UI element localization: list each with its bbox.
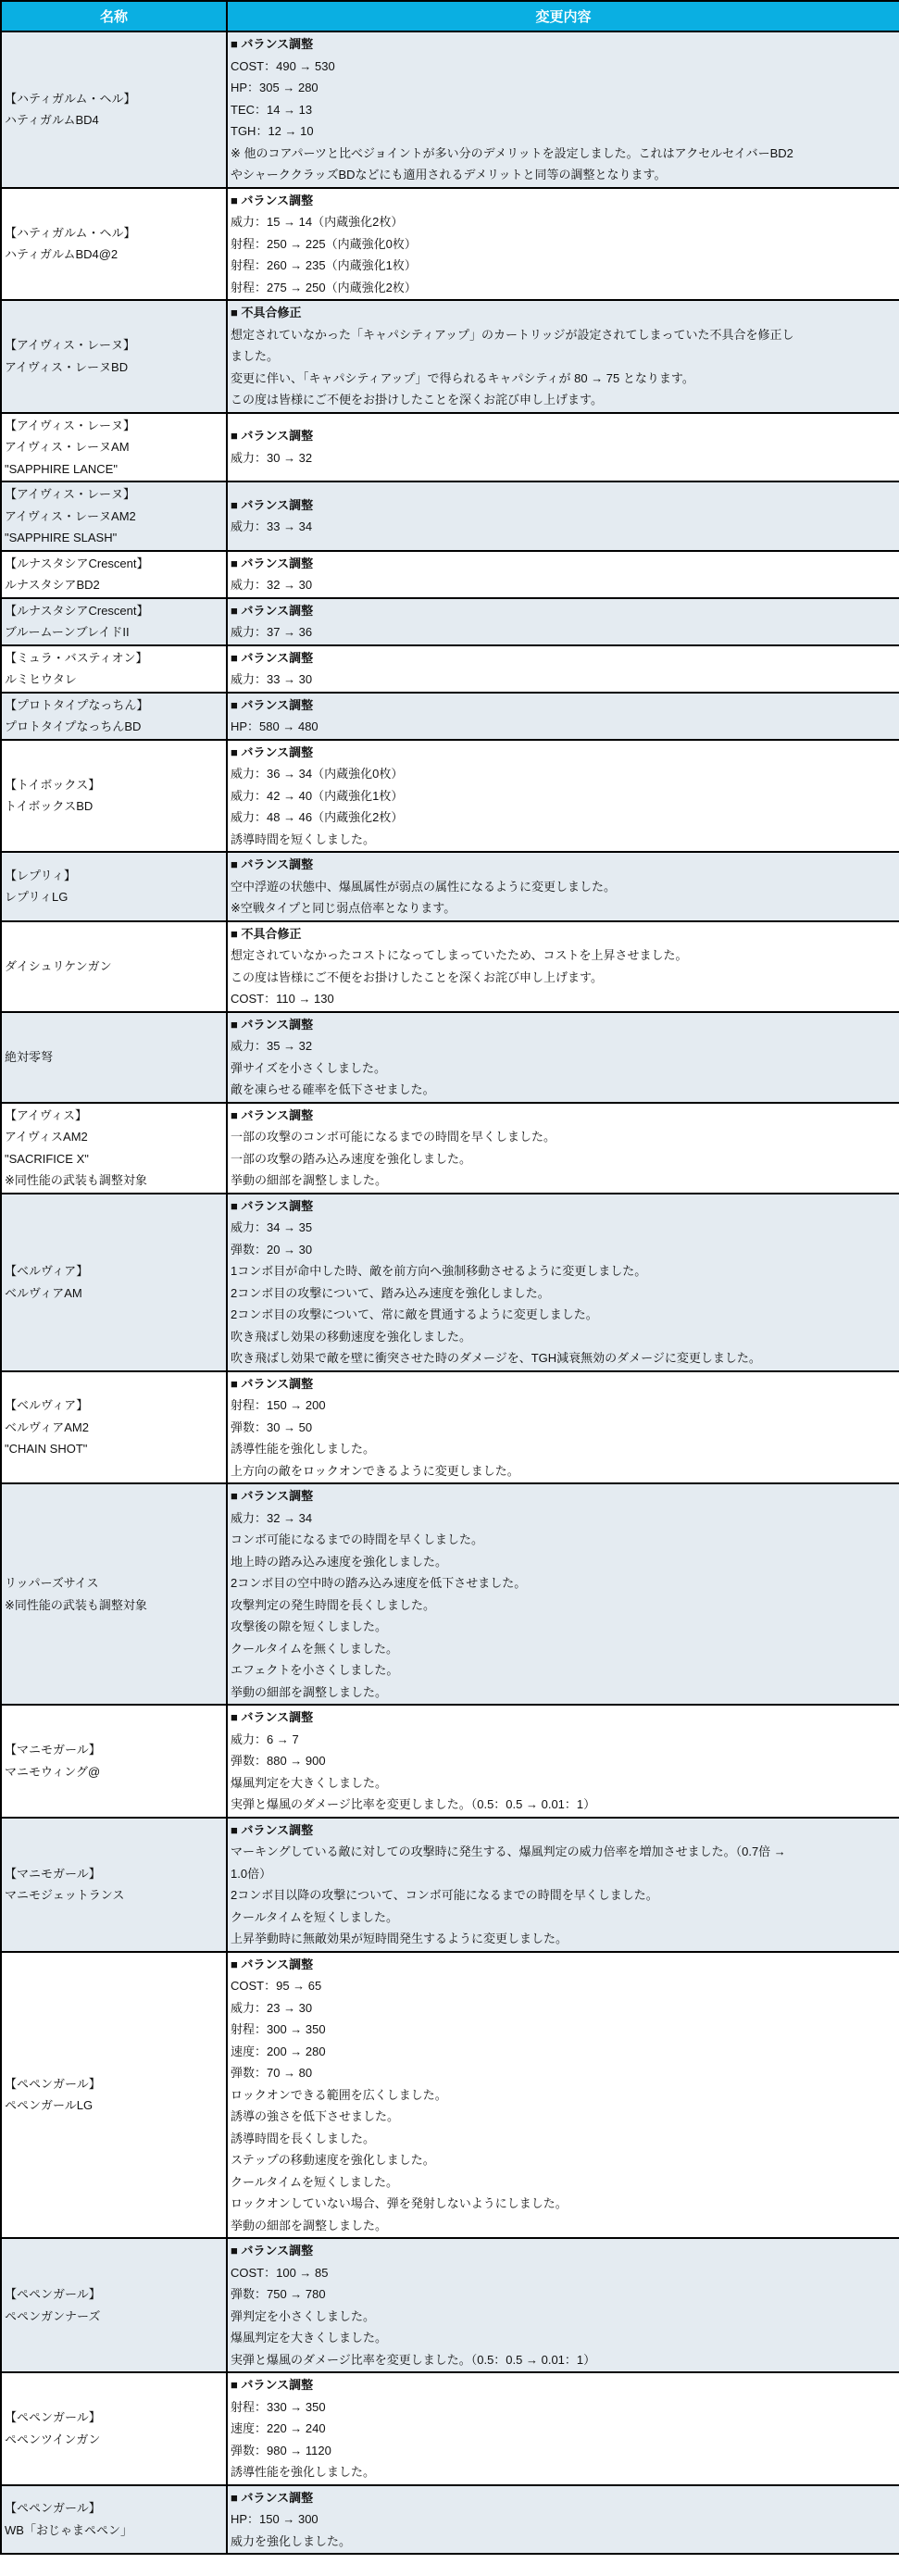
table-row: 【アイヴィス・レーヌ】アイヴィス・レーヌAM2"SAPPHIRE SLASH"■…	[1, 481, 899, 551]
change-line: 変更に伴い、「キャパシティアップ」で得られるキャパシティが 80 → 75 とな…	[231, 368, 896, 390]
change-section-heading: ■ バランス調整	[231, 190, 896, 212]
change-section-heading: ■ 不具合修正	[231, 923, 896, 945]
change-line: 弾判定を小さくしました。	[231, 2306, 896, 2328]
header-name: 名称	[1, 1, 227, 31]
patch-notes-table: 名称 変更内容 【ハティガルム・ヘル】ハティガルムBD4■ バランス調整COST…	[0, 0, 899, 2555]
change-section-heading: ■ バランス調整	[231, 1195, 896, 1218]
change-line: 誘導時間を長くしました。	[231, 2128, 896, 2150]
change-line: ※空戦タイプと同じ弱点倍率となります。	[231, 897, 896, 919]
table-row: 【プロトタイプなっちん】プロトタイプなっちんBD■ バランス調整HP：580 →…	[1, 693, 899, 740]
item-name-cell: 【ペペンガール】ペペンツインガン	[1, 2372, 227, 2485]
change-line: 2コンボ目の空中時の踏み込み速度を低下させました。	[231, 1572, 896, 1594]
item-name-line: 【アイヴィス・レーヌ】	[5, 483, 223, 506]
change-details-cell: ■ バランス調整威力：15 → 14（内蔵強化2枚）射程：250 → 225（内…	[227, 188, 899, 301]
item-name-cell: 【ミュラ・バスティオン】ルミヒウタレ	[1, 645, 227, 693]
item-name-line: 【アイヴィス】	[5, 1105, 223, 1127]
change-line: マーキングしている敵に対しての攻撃時に発生する、爆風判定の威力倍率を増加させまし…	[231, 1841, 896, 1863]
change-details-cell: ■ バランス調整威力：6 → 7弾数：880 → 900爆風判定を大きくしました…	[227, 1705, 899, 1818]
change-line: 威力：30 → 32	[231, 447, 896, 469]
item-name-line: ペペンガールLG	[5, 2095, 223, 2117]
change-line: 威力：6 → 7	[231, 1729, 896, 1751]
change-details-cell: ■ バランス調整HP：580 → 480	[227, 693, 899, 740]
change-section-heading: ■ バランス調整	[231, 1954, 896, 1976]
item-name-line: ペペンツインガン	[5, 2429, 223, 2451]
item-name-line: ※同性能の武装も調整対象	[5, 1169, 223, 1192]
change-line: 威力：48 → 46（内蔵強化2枚）	[231, 807, 896, 829]
table-row: 【ペペンガール】ペペンツインガン■ バランス調整射程：330 → 350速度：2…	[1, 2372, 899, 2485]
item-name-cell: 【プロトタイプなっちん】プロトタイプなっちんBD	[1, 693, 227, 740]
item-name-cell: 【アイヴィス】アイヴィスAM2"SACRIFICE X"※同性能の武装も調整対象	[1, 1103, 227, 1194]
item-name-cell: 【ペペンガール】ペペンガールLG	[1, 1952, 227, 2239]
item-name-line: アイヴィス・レーヌBD	[5, 356, 223, 379]
item-name-line: 【ペペンガール】	[5, 2073, 223, 2095]
item-name-line: 【レプリィ】	[5, 865, 223, 887]
item-name-line: ハティガルムBD4	[5, 109, 223, 131]
change-line: この度は皆様にご不便をお掛けしたことを深くお詫び申し上げます。	[231, 967, 896, 989]
item-name-line: 【ルナスタシアCrescent】	[5, 553, 223, 575]
change-section-heading: ■ バランス調整	[231, 647, 896, 669]
item-name-cell: 【ペペンガール】ペペンガンナーズ	[1, 2238, 227, 2372]
change-line: 射程：330 → 350	[231, 2396, 896, 2419]
table-row: 【ベルヴィア】ベルヴィアAM2"CHAIN SHOT"■ バランス調整射程：15…	[1, 1371, 899, 1484]
change-line: 一部の攻撃のコンボ可能になるまでの時間を早くしました。	[231, 1126, 896, 1148]
item-name-line: ベルヴィアAM	[5, 1282, 223, 1305]
change-line: 想定されていなかった「キャパシティアップ」のカートリッジが設定されてしまっていた…	[231, 324, 896, 346]
item-name-line: ブルームーンブレイドII	[5, 621, 223, 644]
change-details-cell: ■ 不具合修正想定されていなかった「キャパシティアップ」のカートリッジが設定され…	[227, 300, 899, 413]
change-section-heading: ■ バランス調整	[231, 1014, 896, 1036]
change-line: 2コンボ目の攻撃について、常に敵を貫通するように変更しました。	[231, 1304, 896, 1326]
item-name-line: 【マニモガール】	[5, 1863, 223, 1885]
change-line: 誘導時間を短くしました。	[231, 829, 896, 851]
change-section-heading: ■ バランス調整	[231, 425, 896, 447]
change-line: 威力：15 → 14（内蔵強化2枚）	[231, 211, 896, 233]
change-section-heading: ■ バランス調整	[231, 600, 896, 622]
change-line: 威力：33 → 30	[231, 669, 896, 691]
item-name-line: ※同性能の武装も調整対象	[5, 1594, 223, 1617]
change-details-cell: ■ バランス調整COST：490 → 530HP：305 → 280TEC：14…	[227, 31, 899, 188]
change-details-cell: ■ バランス調整威力：33 → 30	[227, 645, 899, 693]
item-name-line: アイヴィスAM2	[5, 1126, 223, 1148]
change-line: COST：490 → 530	[231, 56, 896, 78]
item-name-cell: 【ルナスタシアCrescent】ブルームーンブレイドII	[1, 598, 227, 645]
table-body: 【ハティガルム・ヘル】ハティガルムBD4■ バランス調整COST：490 → 5…	[1, 31, 899, 2554]
change-line: 爆風判定を大きくしました。	[231, 2327, 896, 2349]
change-line: TEC：14 → 13	[231, 99, 896, 121]
table-row: 【マニモガール】マニモジェットランス■ バランス調整マーキングしている敵に対して…	[1, 1818, 899, 1952]
change-section-heading: ■ バランス調整	[231, 694, 896, 717]
change-section-heading: ■ バランス調整	[231, 553, 896, 575]
table-row: 【アイヴィス】アイヴィスAM2"SACRIFICE X"※同性能の武装も調整対象…	[1, 1103, 899, 1194]
change-line: 弾サイズを小さくしました。	[231, 1057, 896, 1080]
table-row: 【レプリィ】レプリィLG■ バランス調整空中浮遊の状態中、爆風属性が弱点の属性に…	[1, 852, 899, 921]
change-details-cell: ■ バランス調整射程：330 → 350速度：220 → 240弾数：980 →…	[227, 2372, 899, 2485]
table-row: 【ルナスタシアCrescent】ルナスタシアBD2■ バランス調整威力：32 →…	[1, 551, 899, 598]
table-row: 【トイボックス】トイボックスBD■ バランス調整威力：36 → 34（内蔵強化0…	[1, 740, 899, 853]
change-line: 攻撃後の隙を短くしました。	[231, 1616, 896, 1638]
item-name-line: 【トイボックス】	[5, 774, 223, 796]
item-name-cell: 【ベルヴィア】ベルヴィアAM2"CHAIN SHOT"	[1, 1371, 227, 1484]
change-section-heading: ■ バランス調整	[231, 854, 896, 876]
table-row: 【アイヴィス・レーヌ】アイヴィス・レーヌAM"SAPPHIRE LANCE"■ …	[1, 413, 899, 482]
item-name-line: 【ルナスタシアCrescent】	[5, 600, 223, 622]
change-line: HP：305 → 280	[231, 77, 896, 99]
change-line: 速度：200 → 280	[231, 2041, 896, 2063]
table-row: 【ペペンガール】WB「おじゃまペペン」■ バランス調整HP：150 → 300威…	[1, 2485, 899, 2555]
item-name-line: ルミヒウタレ	[5, 669, 223, 691]
item-name-cell: 【マニモガール】マニモウィング@	[1, 1705, 227, 1818]
item-name-line: 【プロトタイプなっちん】	[5, 694, 223, 717]
change-line: 挙動の細部を調整しました。	[231, 1682, 896, 1704]
change-line: COST：95 → 65	[231, 1975, 896, 1997]
change-line: エフェクトを小さくしました。	[231, 1659, 896, 1682]
table-row: 【ミュラ・バスティオン】ルミヒウタレ■ バランス調整威力：33 → 30	[1, 645, 899, 693]
item-name-line: マニモウィング@	[5, 1761, 223, 1783]
change-line: 威力：32 → 34	[231, 1507, 896, 1530]
table-header-row: 名称 変更内容	[1, 1, 899, 31]
change-details-cell: ■ バランス調整威力：33 → 34	[227, 481, 899, 551]
item-name-line: アイヴィス・レーヌAM2	[5, 506, 223, 528]
change-section-heading: ■ バランス調整	[231, 2374, 896, 2396]
item-name-cell: 【ルナスタシアCrescent】ルナスタシアBD2	[1, 551, 227, 598]
item-name-line: "CHAIN SHOT"	[5, 1438, 223, 1460]
item-name-cell: 【アイヴィス・レーヌ】アイヴィス・レーヌBD	[1, 300, 227, 413]
item-name-line: 【アイヴィス・レーヌ】	[5, 334, 223, 356]
change-details-cell: ■ バランス調整HP：150 → 300威力を強化しました。	[227, 2485, 899, 2555]
change-line: 上方向の敵をロックオンできるように変更しました。	[231, 1460, 896, 1482]
item-name-line: ペペンガンナーズ	[5, 2306, 223, 2328]
item-name-line: アイヴィス・レーヌAM	[5, 436, 223, 458]
change-details-cell: ■ バランス調整マーキングしている敵に対しての攻撃時に発生する、爆風判定の威力倍…	[227, 1818, 899, 1952]
change-line: 射程：300 → 350	[231, 2019, 896, 2041]
change-line: ロックオンしていない場合、弾を発射しないようにしました。	[231, 2193, 896, 2215]
table-row: 【アイヴィス・レーヌ】アイヴィス・レーヌBD■ 不具合修正想定されていなかった「…	[1, 300, 899, 413]
change-line: 威力：42 → 40（内蔵強化1枚）	[231, 785, 896, 807]
item-name-line: 【ベルヴィア】	[5, 1260, 223, 1282]
item-name-cell: 【ベルヴィア】ベルヴィアAM	[1, 1194, 227, 1371]
table-row: 【ハティガルム・ヘル】ハティガルムBD4■ バランス調整COST：490 → 5…	[1, 31, 899, 188]
change-line: 威力：33 → 34	[231, 516, 896, 538]
item-name-line: WB「おじゃまペペン」	[5, 2520, 223, 2542]
item-name-line: プロトタイプなっちんBD	[5, 716, 223, 738]
item-name-line: リッパーズサイス	[5, 1572, 223, 1594]
table-row: ダイシュリケンガン■ 不具合修正想定されていなかったコストになってしまっていたた…	[1, 921, 899, 1012]
change-line: ました。	[231, 345, 896, 368]
table-row: 【マニモガール】マニモウィング@■ バランス調整威力：6 → 7弾数：880 →…	[1, 1705, 899, 1818]
change-details-cell: ■ バランス調整威力：37 → 36	[227, 598, 899, 645]
change-line: ※ 他のコアパーツと比べジョイントが多い分のデメリットを設定しました。これはアク…	[231, 143, 896, 165]
item-name-cell: 【ハティガルム・ヘル】ハティガルムBD4	[1, 31, 227, 188]
item-name-line: 【アイヴィス・レーヌ】	[5, 415, 223, 437]
change-line: 挙動の細部を調整しました。	[231, 1169, 896, 1192]
item-name-line: 【マニモガール】	[5, 1739, 223, 1761]
item-name-cell: 【アイヴィス・レーヌ】アイヴィス・レーヌAM"SAPPHIRE LANCE"	[1, 413, 227, 482]
change-line: ロックオンできる範囲を広くしました。	[231, 2084, 896, 2107]
change-line: 射程：150 → 200	[231, 1394, 896, 1417]
item-name-line: マニモジェットランス	[5, 1884, 223, 1907]
change-details-cell: ■ バランス調整一部の攻撃のコンボ可能になるまでの時間を早くしました。一部の攻撃…	[227, 1103, 899, 1194]
table-row: 【ベルヴィア】ベルヴィアAM■ バランス調整威力：34 → 35弾数：20 → …	[1, 1194, 899, 1371]
change-line: 誘導性能を強化しました。	[231, 1438, 896, 1460]
table-row: 絶対零弩■ バランス調整威力：35 → 32弾サイズを小さくしました。敵を凍らせ…	[1, 1012, 899, 1103]
change-details-cell: ■ バランス調整射程：150 → 200弾数：30 → 50誘導性能を強化しまし…	[227, 1371, 899, 1484]
change-line: クールタイムを無くしました。	[231, 1638, 896, 1660]
change-line: 吹き飛ばし効果の移動速度を強化しました。	[231, 1326, 896, 1348]
change-line: 地上時の踏み込み速度を強化しました。	[231, 1551, 896, 1573]
item-name-line: レプリィLG	[5, 886, 223, 908]
change-section-heading: ■ バランス調整	[231, 2487, 896, 2509]
change-line: 誘導性能を強化しました。	[231, 2461, 896, 2483]
change-line: 射程：260 → 235（内蔵強化1枚）	[231, 255, 896, 277]
item-name-cell: リッパーズサイス※同性能の武装も調整対象	[1, 1483, 227, 1705]
change-details-cell: ■ バランス調整威力：36 → 34（内蔵強化0枚）威力：42 → 40（内蔵強…	[227, 740, 899, 853]
change-details-cell: ■ バランス調整威力：32 → 34コンボ可能になるまでの時間を早くしました。地…	[227, 1483, 899, 1705]
item-name-line: 【ペペンガール】	[5, 2497, 223, 2520]
change-line: 威力：32 → 30	[231, 574, 896, 596]
change-details-cell: ■ バランス調整COST：95 → 65威力：23 → 30射程：300 → 3…	[227, 1952, 899, 2239]
change-details-cell: ■ バランス調整威力：34 → 35弾数：20 → 301コンボ目が命中した時、…	[227, 1194, 899, 1371]
item-name-cell: 【アイヴィス・レーヌ】アイヴィス・レーヌAM2"SAPPHIRE SLASH"	[1, 481, 227, 551]
change-line: 一部の攻撃の踏み込み速度を強化しました。	[231, 1148, 896, 1170]
header-changes: 変更内容	[227, 1, 899, 31]
change-line: 想定されていなかったコストになってしまっていたため、コストを上昇させました。	[231, 944, 896, 967]
change-section-heading: ■ バランス調整	[231, 1373, 896, 1395]
change-line: 威力：37 → 36	[231, 621, 896, 644]
item-name-line: 【ペペンガール】	[5, 2283, 223, 2306]
change-line: 射程：275 → 250（内蔵強化2枚）	[231, 277, 896, 299]
change-section-heading: ■ バランス調整	[231, 1707, 896, 1729]
item-name-line: 【ペペンガール】	[5, 2407, 223, 2429]
change-section-heading: ■ バランス調整	[231, 33, 896, 56]
change-line: 2コンボ目の攻撃について、踏み込み速度を強化しました。	[231, 1282, 896, 1305]
change-line: 弾数：70 → 80	[231, 2062, 896, 2084]
change-line: 誘導の強さを低下させました。	[231, 2106, 896, 2128]
change-line: やシャーククラッズBDなどにも適用されるデメリットと同等の調整となります。	[231, 164, 896, 186]
table-row: 【ルナスタシアCrescent】ブルームーンブレイドII■ バランス調整威力：3…	[1, 598, 899, 645]
change-line: 弾数：30 → 50	[231, 1417, 896, 1439]
item-name-cell: 絶対零弩	[1, 1012, 227, 1103]
change-line: 射程：250 → 225（内蔵強化0枚）	[231, 233, 896, 256]
change-line: コンボ可能になるまでの時間を早くしました。	[231, 1529, 896, 1551]
item-name-cell: ダイシュリケンガン	[1, 921, 227, 1012]
item-name-line: 【ミュラ・バスティオン】	[5, 647, 223, 669]
change-line: 挙動の細部を調整しました。	[231, 2215, 896, 2237]
table-row: 【ペペンガール】ペペンガールLG■ バランス調整COST：95 → 65威力：2…	[1, 1952, 899, 2239]
change-line: 弾数：20 → 30	[231, 1239, 896, 1261]
change-section-heading: ■ バランス調整	[231, 742, 896, 764]
change-line: TGH：12 → 10	[231, 120, 896, 143]
change-line: 威力を強化しました。	[231, 2531, 896, 2553]
item-name-line: "SACRIFICE X"	[5, 1148, 223, 1170]
item-name-cell: 【ペペンガール】WB「おじゃまペペン」	[1, 2485, 227, 2555]
table-row: 【ペペンガール】ペペンガンナーズ■ バランス調整COST：100 → 85弾数：…	[1, 2238, 899, 2372]
change-line: 1.0倍）	[231, 1863, 896, 1885]
change-line: ステップの移動速度を強化しました。	[231, 2149, 896, 2171]
item-name-cell: 【マニモガール】マニモジェットランス	[1, 1818, 227, 1952]
change-line: 威力：23 → 30	[231, 1997, 896, 2020]
change-line: COST：100 → 85	[231, 2262, 896, 2284]
item-name-line: ルナスタシアBD2	[5, 574, 223, 596]
change-details-cell: ■ バランス調整威力：35 → 32弾サイズを小さくしました。敵を凍らせる確率を…	[227, 1012, 899, 1103]
change-details-cell: ■ バランス調整空中浮遊の状態中、爆風属性が弱点の属性になるように変更しました。…	[227, 852, 899, 921]
item-name-line: "SAPPHIRE LANCE"	[5, 458, 223, 481]
item-name-line: "SAPPHIRE SLASH"	[5, 527, 223, 549]
change-line: HP：580 → 480	[231, 716, 896, 738]
item-name-line: トイボックスBD	[5, 795, 223, 818]
item-name-cell: 【ハティガルム・ヘル】ハティガルムBD4@2	[1, 188, 227, 301]
change-line: 弾数：980 → 1120	[231, 2440, 896, 2462]
change-line: 吹き飛ばし効果で敵を壁に衝突させた時のダメージを、TGH減衰無効のダメージに変更…	[231, 1347, 896, 1369]
change-line: 威力：35 → 32	[231, 1035, 896, 1057]
change-line: 弾数：880 → 900	[231, 1750, 896, 1772]
item-name-cell: 【トイボックス】トイボックスBD	[1, 740, 227, 853]
change-line: 実弾と爆風のダメージ比率を変更しました。（0.5：0.5 → 0.01：1）	[231, 2349, 896, 2371]
change-section-heading: ■ バランス調整	[231, 1105, 896, 1127]
change-line: 弾数：750 → 780	[231, 2283, 896, 2306]
item-name-line: ダイシュリケンガン	[5, 956, 223, 978]
change-section-heading: ■ バランス調整	[231, 1819, 896, 1842]
change-line: 上昇挙動時に無敵効果が短時間発生するように変更しました。	[231, 1928, 896, 1950]
item-name-line: 絶対零弩	[5, 1046, 223, 1069]
change-line: クールタイムを短くしました。	[231, 2171, 896, 2194]
item-name-line: 【ハティガルム・ヘル】	[5, 88, 223, 110]
change-line: 敵を凍らせる確率を低下させました。	[231, 1079, 896, 1101]
item-name-line: 【ハティガルム・ヘル】	[5, 222, 223, 244]
change-line: 1コンボ目が命中した時、敵を前方向へ強制移動させるように変更しました。	[231, 1260, 896, 1282]
table-row: 【ハティガルム・ヘル】ハティガルムBD4@2■ バランス調整威力：15 → 14…	[1, 188, 899, 301]
change-details-cell: ■ バランス調整COST：100 → 85弾数：750 → 780弾判定を小さく…	[227, 2238, 899, 2372]
item-name-line: ハティガルムBD4@2	[5, 244, 223, 266]
change-details-cell: ■ バランス調整威力：30 → 32	[227, 413, 899, 482]
change-line: COST：110 → 130	[231, 988, 896, 1010]
change-line: 爆風判定を大きくしました。	[231, 1772, 896, 1794]
change-line: クールタイムを短くしました。	[231, 1907, 896, 1929]
change-line: 攻撃判定の発生時間を長くしました。	[231, 1594, 896, 1617]
change-line: 威力：34 → 35	[231, 1217, 896, 1239]
item-name-line: ベルヴィアAM2	[5, 1417, 223, 1439]
item-name-line: 【ベルヴィア】	[5, 1394, 223, 1417]
change-line: 2コンボ目以降の攻撃について、コンボ可能になるまでの時間を早くしました。	[231, 1884, 896, 1907]
item-name-cell: 【レプリィ】レプリィLG	[1, 852, 227, 921]
change-section-heading: ■ 不具合修正	[231, 302, 896, 324]
change-section-heading: ■ バランス調整	[231, 1485, 896, 1507]
change-details-cell: ■ 不具合修正想定されていなかったコストになってしまっていたため、コストを上昇さ…	[227, 921, 899, 1012]
change-line: 空中浮遊の状態中、爆風属性が弱点の属性になるように変更しました。	[231, 876, 896, 898]
change-line: この度は皆様にご不便をお掛けしたことを深くお詫び申し上げます。	[231, 389, 896, 411]
table-row: リッパーズサイス※同性能の武装も調整対象■ バランス調整威力：32 → 34コン…	[1, 1483, 899, 1705]
change-section-heading: ■ バランス調整	[231, 494, 896, 517]
change-line: 威力：36 → 34（内蔵強化0枚）	[231, 763, 896, 785]
change-details-cell: ■ バランス調整威力：32 → 30	[227, 551, 899, 598]
change-line: 速度：220 → 240	[231, 2418, 896, 2440]
change-line: 実弾と爆風のダメージ比率を変更しました。（0.5：0.5 → 0.01：1）	[231, 1794, 896, 1816]
change-section-heading: ■ バランス調整	[231, 2240, 896, 2262]
change-line: HP：150 → 300	[231, 2508, 896, 2531]
